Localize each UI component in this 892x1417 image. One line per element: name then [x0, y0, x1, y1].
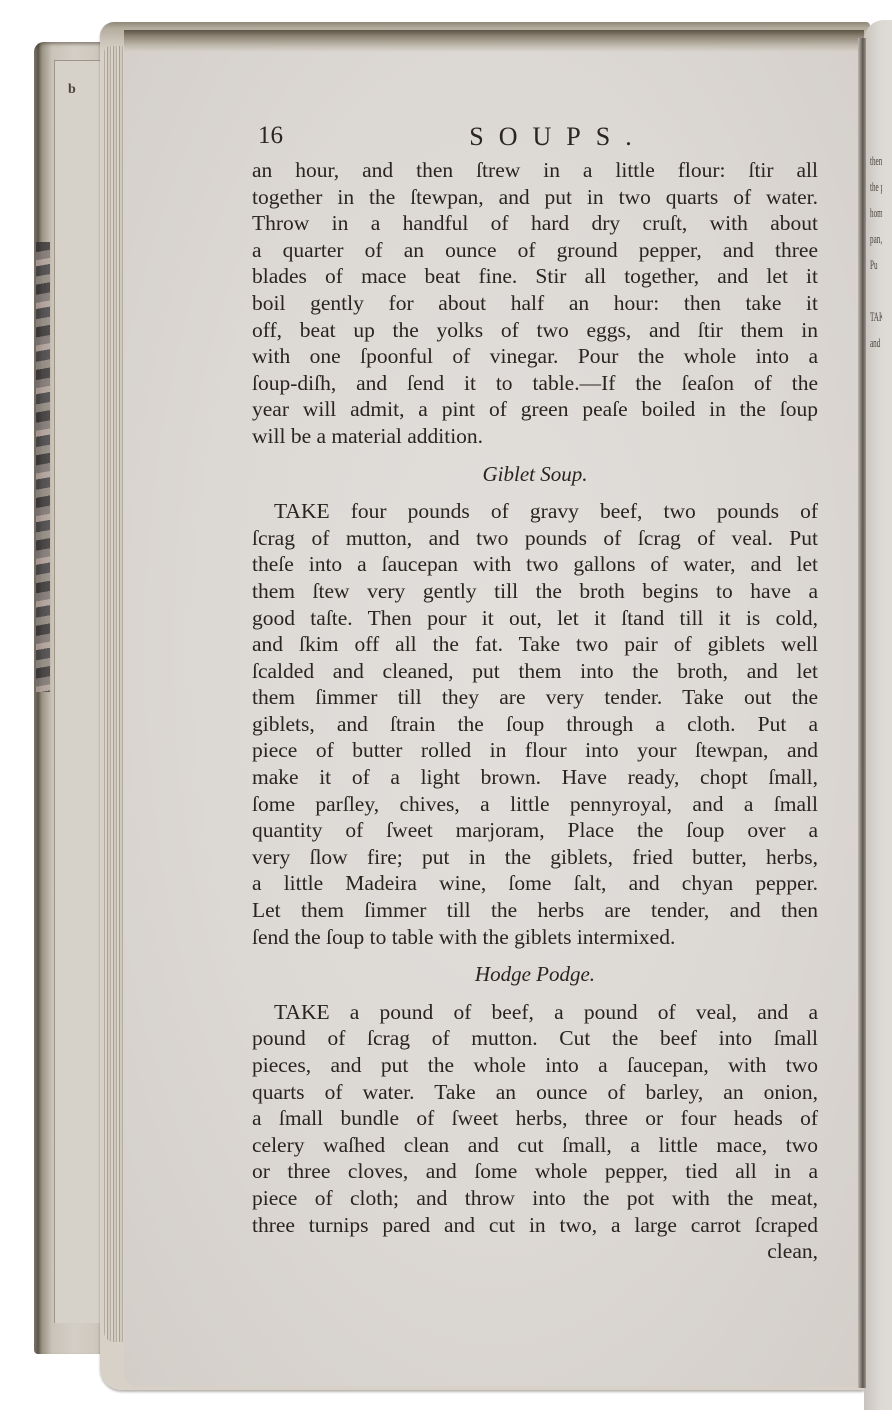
text-line: and ſkim off all the fat. Take two pair … — [252, 631, 818, 658]
recipe-heading-giblet-soup: Giblet Soup. — [252, 461, 818, 488]
text-line: quarts of water. Take an ounce of barley… — [252, 1079, 818, 1106]
text-line: quantity of ſweet marjoram, Place the ſo… — [252, 817, 818, 844]
facing-fragment: hom — [870, 200, 882, 226]
text-line: together in the ſtewpan, and put in two … — [252, 184, 818, 211]
text-line: year will admit, a pint of green peaſe b… — [252, 396, 818, 423]
text-line: an hour, and then ſtrew in a little flou… — [252, 157, 818, 184]
text-line: a little Madeira wine, ſome ſalt, and ch… — [252, 870, 818, 897]
facing-fragment: Pu — [870, 252, 882, 278]
text-line: celery waſhed clean and cut ſmall, a lit… — [252, 1132, 818, 1159]
text-line: blades of mace beat fine. Stir all toget… — [252, 263, 818, 290]
text-line: them ſtew very gently till the broth beg… — [252, 578, 818, 605]
text-line: Let them ſimmer till the herbs are tende… — [252, 897, 818, 924]
facing-fragment: pan, — [870, 226, 882, 252]
marbled-paper-edge — [36, 242, 50, 692]
text-line: off, beat up the yolks of two eggs, and … — [252, 317, 818, 344]
text-line: a quarter of an ounce of ground pepper, … — [252, 237, 818, 264]
text-line: TAKE a pound of beef, a pound of veal, a… — [252, 999, 818, 1026]
text-line: TAKE four pounds of gravy beef, two poun… — [252, 498, 818, 525]
facing-page-text: then, the p hom pan, Pu TAK and two — [870, 148, 882, 356]
page-top-stain — [124, 30, 864, 52]
text-line: giblets, and ſtrain the ſoup through a c… — [252, 711, 818, 738]
text-line: them ſimmer till they are very tender. T… — [252, 684, 818, 711]
text-line: very ſlow fire; put in the giblets, frie… — [252, 844, 818, 871]
text-line: pieces, and put the whole into a ſaucepa… — [252, 1052, 818, 1079]
cover-mark: b — [68, 82, 76, 98]
text-line: with one ſpoonful of vinegar. Pour the w… — [252, 343, 818, 370]
text-line: pound of ſcrag of mutton. Cut the beef i… — [252, 1025, 818, 1052]
text-line: good taſte. Then pour it out, let it ſta… — [252, 605, 818, 632]
text-line: ſcrag of mutton, and two pounds of ſcrag… — [252, 525, 818, 552]
text-line: make it of a light brown. Have ready, ch… — [252, 764, 818, 791]
catchword: clean, — [252, 1238, 818, 1265]
page-body: an hour, and then ſtrew in a little flou… — [252, 157, 818, 1265]
text-line: piece of butter rolled in flour into you… — [252, 737, 818, 764]
recipe-heading-hodge-podge: Hodge Podge. — [252, 961, 818, 988]
facing-fragment: the p — [870, 174, 882, 200]
text-line: ſome parſley, chives, a little pennyroya… — [252, 791, 818, 818]
text-line: ſcalded and cleaned, put them into the b… — [252, 658, 818, 685]
facing-fragment: and two — [870, 330, 882, 356]
text-line: a ſmall bundle of ſweet herbs, three or … — [252, 1105, 818, 1132]
text-line: Throw in a handful of hard dry cruſt, wi… — [252, 210, 818, 237]
text-line: ſend the ſoup to table with the giblets … — [252, 924, 818, 951]
book-gutter — [858, 38, 866, 1388]
text-line: will be a material addition. — [252, 423, 818, 450]
facing-fragment — [870, 278, 882, 304]
page-title: SOUPS. — [258, 122, 818, 152]
running-head: 16 SOUPS. — [258, 122, 818, 156]
facing-fragment: then, — [870, 148, 882, 174]
text-line: ſoup-diſh, and ſend it to table.—If the … — [252, 370, 818, 397]
text-line: theſe into a ſaucepan with two gallons o… — [252, 551, 818, 578]
facing-fragment: TAK — [870, 304, 882, 330]
text-line: boil gently for about half an hour: then… — [252, 290, 818, 317]
text-line: or three cloves, and ſome whole pepper, … — [252, 1158, 818, 1185]
text-line: piece of cloth; and throw into the pot w… — [252, 1185, 818, 1212]
text-line: three turnips pared and cut in two, a la… — [252, 1212, 818, 1239]
